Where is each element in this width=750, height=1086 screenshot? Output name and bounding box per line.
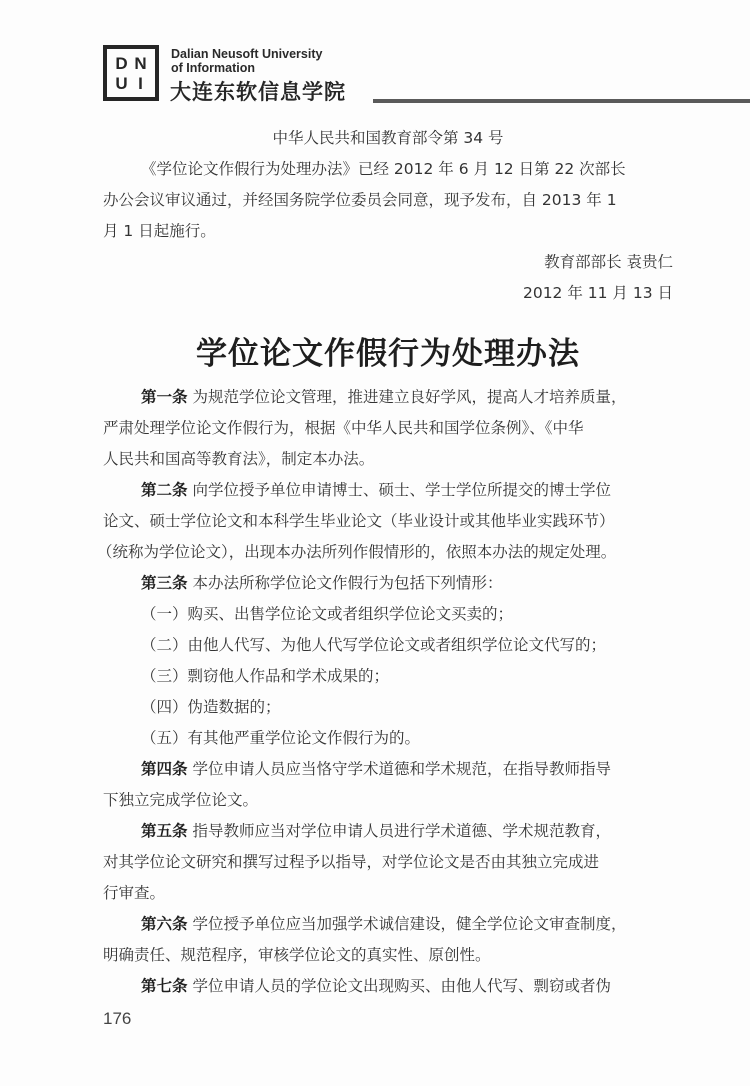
article-line: 第一条 为规范学位论文管理，推进建立良好学风，提高人才培养质量，	[141, 387, 626, 407]
article-line: 行审查。	[103, 883, 165, 903]
article-line: （统称为学位论文），出现本办法所列作假情形的，依照本办法的规定处理。	[97, 542, 616, 562]
decree-signatory: 教育部部长 袁贵仁	[544, 252, 673, 272]
page-header: D N U I Dalian Neusoft University of Inf…	[103, 45, 750, 107]
list-item: （二）由他人代写、为他人代写学位论文或者组织学位论文代写的；	[141, 635, 606, 655]
list-item: （四）伪造数据的；	[141, 697, 281, 717]
article-line: 下独立完成学位论文。	[103, 790, 258, 810]
article-text: 学位申请人员的学位论文出现购买、由他人代写、剽窃或者伪	[188, 977, 611, 995]
university-name-en-line1: Dalian Neusoft University	[171, 47, 322, 61]
article-text: 对其学位论文研究和撰写过程予以指导，对学位论文是否由其独立完成进	[103, 853, 599, 871]
list-item: （五）有其他严重学位论文作假行为的。	[141, 728, 420, 748]
article-line: 第二条 向学位授予单位申请博士、硕士、学士学位所提交的博士学位	[141, 480, 611, 500]
article-text: 下独立完成学位论文。	[103, 791, 258, 809]
decree-number: 中华人民共和国教育部令第 34 号	[103, 128, 673, 148]
article-text: 指导教师应当对学位申请人员进行学术道德、学术规范教育，	[188, 822, 611, 840]
article-text: 为规范学位论文管理，推进建立良好学风，提高人才培养质量，	[188, 388, 627, 406]
article-text: 本办法所称学位论文作假行为包括下列情形：	[188, 574, 503, 592]
article-line: 对其学位论文研究和撰写过程予以指导，对学位论文是否由其独立完成进	[103, 852, 599, 872]
article-text: 明确责任、规范程序，审核学位论文的真实性、原创性。	[103, 946, 491, 964]
article-text: 行审查。	[103, 884, 165, 902]
article-label: 第一条	[141, 388, 188, 406]
logo-letter: U	[115, 75, 127, 92]
article-label: 第二条	[141, 481, 188, 499]
article-label: 第三条	[141, 574, 188, 592]
decree-body-line: 月 1 日起施行。	[103, 221, 216, 241]
article-text: 学位授予单位应当加强学术诚信建设，健全学位论文审查制度，	[188, 915, 627, 933]
list-item: （一）购买、出售学位论文或者组织学位论文买卖的；	[141, 604, 513, 624]
article-line: 论文、硕士学位论文和本科学生毕业论文（毕业设计或其他毕业实践环节）	[103, 511, 615, 531]
decree-body-line: 办公会议审议通过，并经国务院学位委员会同意，现予发布，自 2013 年 1	[103, 190, 617, 210]
article-line: 第五条 指导教师应当对学位申请人员进行学术道德、学术规范教育，	[141, 821, 611, 841]
article-line: 第七条 学位申请人员的学位论文出现购买、由他人代写、剽窃或者伪	[141, 976, 611, 996]
article-line: 明确责任、规范程序，审核学位论文的真实性、原创性。	[103, 945, 491, 965]
article-text: 向学位授予单位申请博士、硕士、学士学位所提交的博士学位	[188, 481, 611, 499]
article-text: 学位申请人员应当恪守学术道德和学术规范，在指导教师指导	[188, 760, 611, 778]
document-title: 学位论文作假行为处理办法	[103, 328, 673, 373]
list-item-text: （三）剽窃他人作品和学术成果的；	[141, 667, 389, 685]
article-text: 论文、硕士学位论文和本科学生毕业论文（毕业设计或其他毕业实践环节）	[103, 512, 615, 530]
page-number: 176	[103, 1009, 131, 1029]
article-line: 人民共和国高等教育法》，制定本办法。	[103, 449, 374, 469]
article-text: 严肃处理学位论文作假行为，根据《中华人民共和国学位条例》、《中华	[103, 419, 584, 437]
article-label: 第四条	[141, 760, 188, 778]
decree-date: 2012 年 11 月 13 日	[523, 283, 673, 303]
article-label: 第七条	[141, 977, 188, 995]
list-item-text: （四）伪造数据的；	[141, 698, 281, 716]
university-logo: D N U I	[103, 45, 159, 101]
article-label: 第五条	[141, 822, 188, 840]
university-name-en: Dalian Neusoft University of Information	[171, 47, 322, 75]
list-item-text: （五）有其他严重学位论文作假行为的。	[141, 729, 420, 747]
list-item-text: （二）由他人代写、为他人代写学位论文或者组织学位论文代写的；	[141, 636, 606, 654]
list-item-text: （一）购买、出售学位论文或者组织学位论文买卖的；	[141, 605, 513, 623]
article-line: 第四条 学位申请人员应当恪守学术道德和学术规范，在指导教师指导	[141, 759, 611, 779]
article-text: （统称为学位论文），出现本办法所列作假情形的，依照本办法的规定处理。	[97, 543, 616, 561]
logo-letter: N	[134, 55, 146, 72]
logo-letter: I	[138, 75, 143, 92]
article-label: 第六条	[141, 915, 188, 933]
university-name-cn: 大连东软信息学院	[170, 79, 346, 105]
article-line: 第三条 本办法所称学位论文作假行为包括下列情形：	[141, 573, 502, 593]
article-text: 人民共和国高等教育法》，制定本办法。	[103, 450, 374, 468]
university-name-en-line2: of Information	[171, 61, 322, 75]
list-item: （三）剽窃他人作品和学术成果的；	[141, 666, 389, 686]
article-line: 严肃处理学位论文作假行为，根据《中华人民共和国学位条例》、《中华	[103, 418, 584, 438]
logo-letter: D	[115, 55, 127, 72]
decree-body-line: 《学位论文作假行为处理办法》已经 2012 年 6 月 12 日第 22 次部长	[141, 159, 626, 179]
header-rule	[373, 99, 750, 103]
article-line: 第六条 学位授予单位应当加强学术诚信建设，健全学位论文审查制度，	[141, 914, 626, 934]
